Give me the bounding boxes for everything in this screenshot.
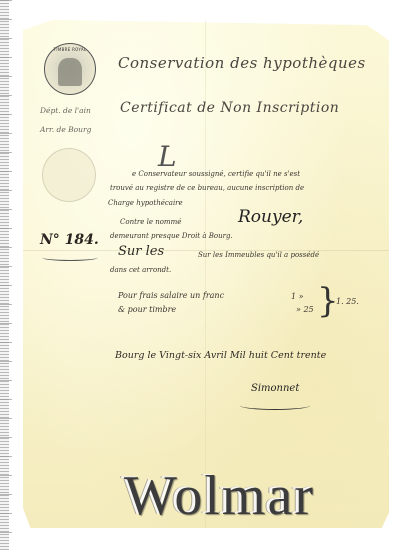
surname: Rouyer, [238, 207, 303, 227]
embossed-dry-stamp-icon [42, 148, 96, 202]
signature: Simonnet [251, 383, 299, 394]
sur-les-heading: Sur les [118, 244, 164, 259]
body-line-7: dans cet arrondt. [110, 266, 171, 274]
body-line-5: demeurant presque Droit à Bourg. [110, 232, 233, 240]
body-line-1: e Conservateur soussigné, certifie qu'il… [132, 170, 300, 178]
fee-label-stamp: & pour timbre [118, 305, 176, 314]
fee-label-salary: Pour frais salaire un franc [118, 291, 224, 300]
royal-stamp-seal-icon: TIMBRE ROYAL [44, 43, 96, 95]
fee-amount-stamp: » 25 [296, 305, 314, 314]
body-line-2: trouvé au registre de ce bureau, aucune … [110, 184, 304, 192]
register-number: N° 184. [40, 232, 99, 248]
seal-figure-icon [58, 58, 82, 86]
watermark-text: Wolmar [124, 468, 315, 524]
fees-total: 1. 25. [336, 297, 359, 306]
seal-text: TIMBRE ROYAL [45, 47, 95, 52]
body-line-3: Charge hypothécaire [108, 199, 183, 207]
document-paper [23, 20, 389, 528]
body-line-6: Sur les Immeubles qu'il a possédé [198, 251, 319, 259]
body-line-4: Contre le nommé [120, 218, 181, 226]
initial-letter: L [158, 140, 177, 173]
paper-fold-vertical [205, 20, 206, 528]
fee-amount-salary: 1 » [291, 292, 304, 301]
register-number-underline [42, 254, 98, 261]
document-heading: Conservation des hypothèques [118, 54, 366, 72]
ruler-major-ticks [0, 0, 12, 550]
date-line: Bourg le Vingt-six Avril Mil huit Cent t… [115, 350, 326, 361]
document-subheading: Certificat de Non Inscription [120, 100, 339, 116]
margin-note-department: Dépt. de l'ain [40, 106, 91, 115]
margin-note-arrondissement: Arr. de Bourg [40, 125, 91, 134]
signature-flourish [240, 401, 310, 410]
